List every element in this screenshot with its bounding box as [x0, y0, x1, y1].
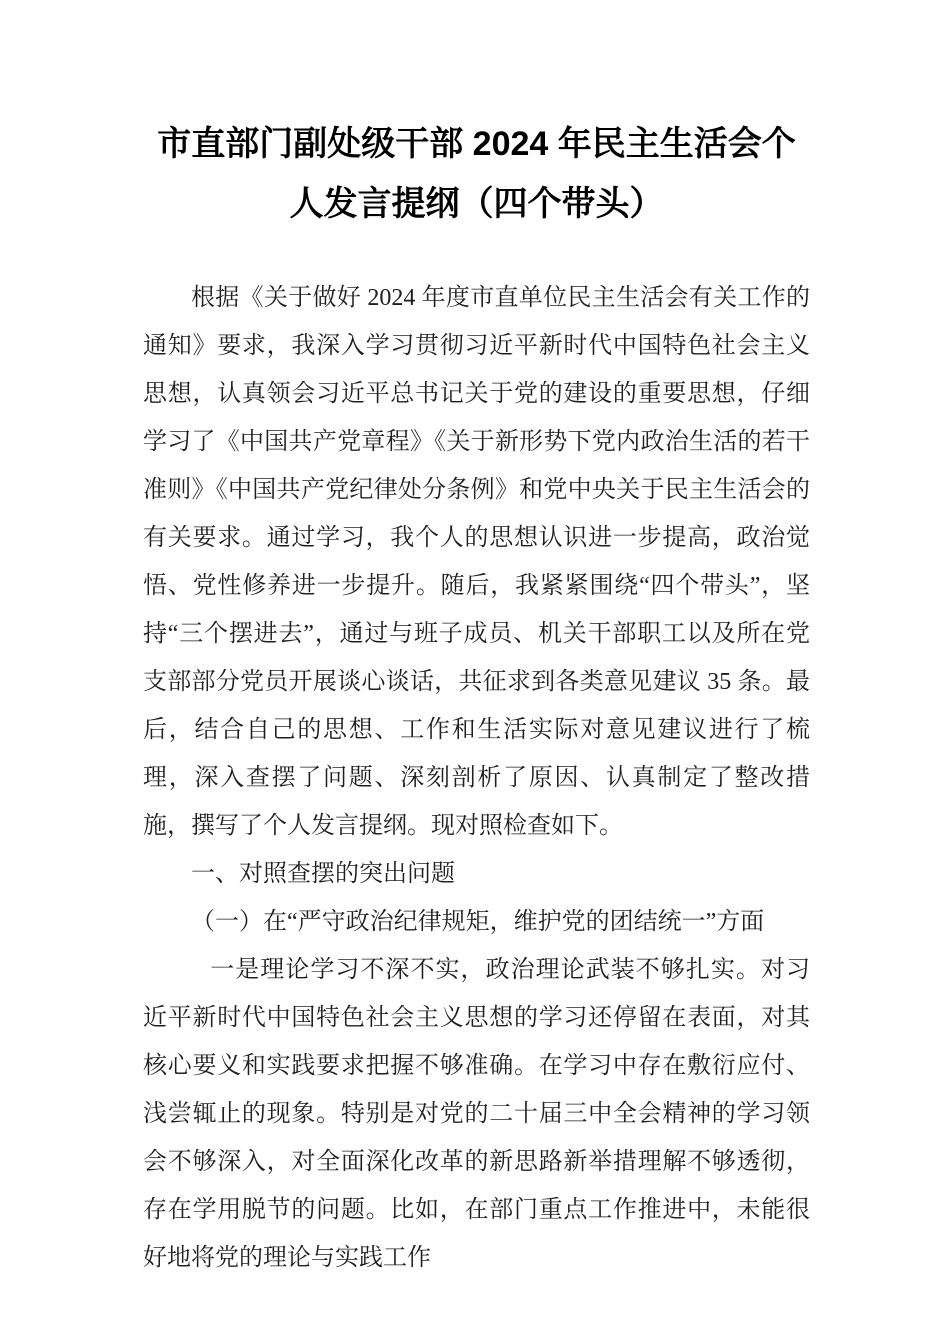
body-paragraph: 根据《关于做好 2024 年度市直单位民主生活会有关工作的通知》要求，我深入学习…	[143, 274, 810, 850]
section-heading: 一、对照查摆的突出问题	[143, 850, 810, 898]
body-paragraph: 一是理论学习不深不实，政治理论武装不够扎实。对习近平新时代中国特色社会主义思想的…	[143, 946, 810, 1282]
document-title: 市直部门副处级干部 2024 年民主生活会个人发言提纲（四个带头）	[143, 114, 810, 234]
subsection-heading: （一）在“严守政治纪律规矩，维护党的团结统一”方面	[143, 898, 810, 946]
document-body: 根据《关于做好 2024 年度市直单位民主生活会有关工作的通知》要求，我深入学习…	[143, 274, 810, 1282]
document-page: 市直部门副处级干部 2024 年民主生活会个人发言提纲（四个带头） 根据《关于做…	[0, 0, 950, 1344]
